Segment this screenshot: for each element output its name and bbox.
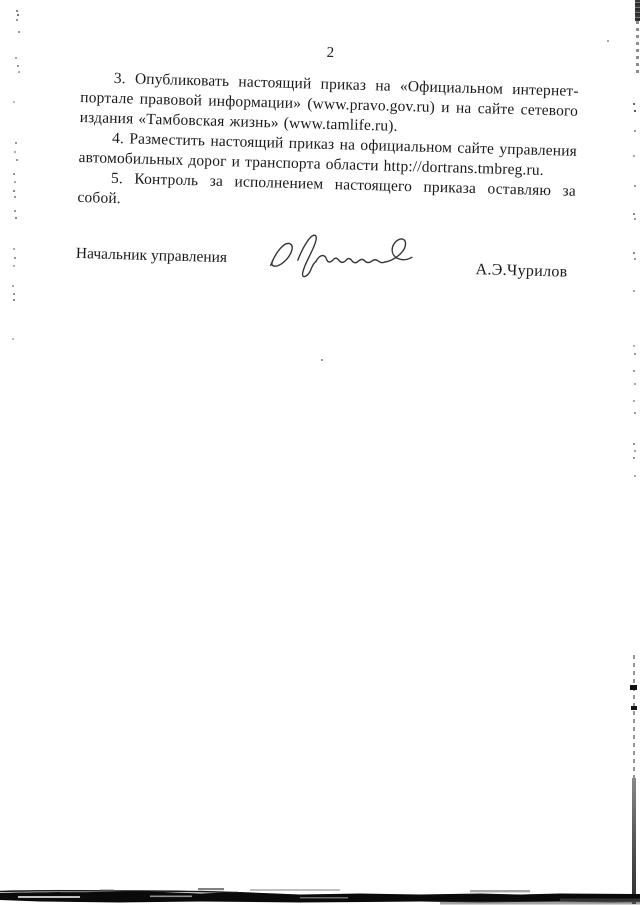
handwritten-signature: [261, 227, 422, 283]
scan-noise-specks: [0, 0, 2, 2]
signatory-position: Начальник управления: [76, 245, 228, 267]
page-number: 2: [81, 36, 579, 70]
signature-block: Начальник управления А.Э.Чурилов: [74, 208, 575, 342]
scan-edge-right-dashes: [636, 21, 639, 77]
scanned-document-page: 2 3. Опубликовать настоящий приказ на «О…: [0, 0, 640, 905]
signatory-name: А.Э.Чурилов: [475, 261, 567, 282]
scan-edge-bottom-band: [0, 883, 640, 905]
scan-edge-right-top: [635, 0, 640, 21]
document-content: 2 3. Опубликовать настоящий приказ на «О…: [74, 36, 580, 342]
scan-edge-right-tick: [631, 706, 637, 710]
scan-edge-right-dotted-line: [633, 655, 635, 779]
scan-edge-right-tick: [630, 685, 637, 690]
